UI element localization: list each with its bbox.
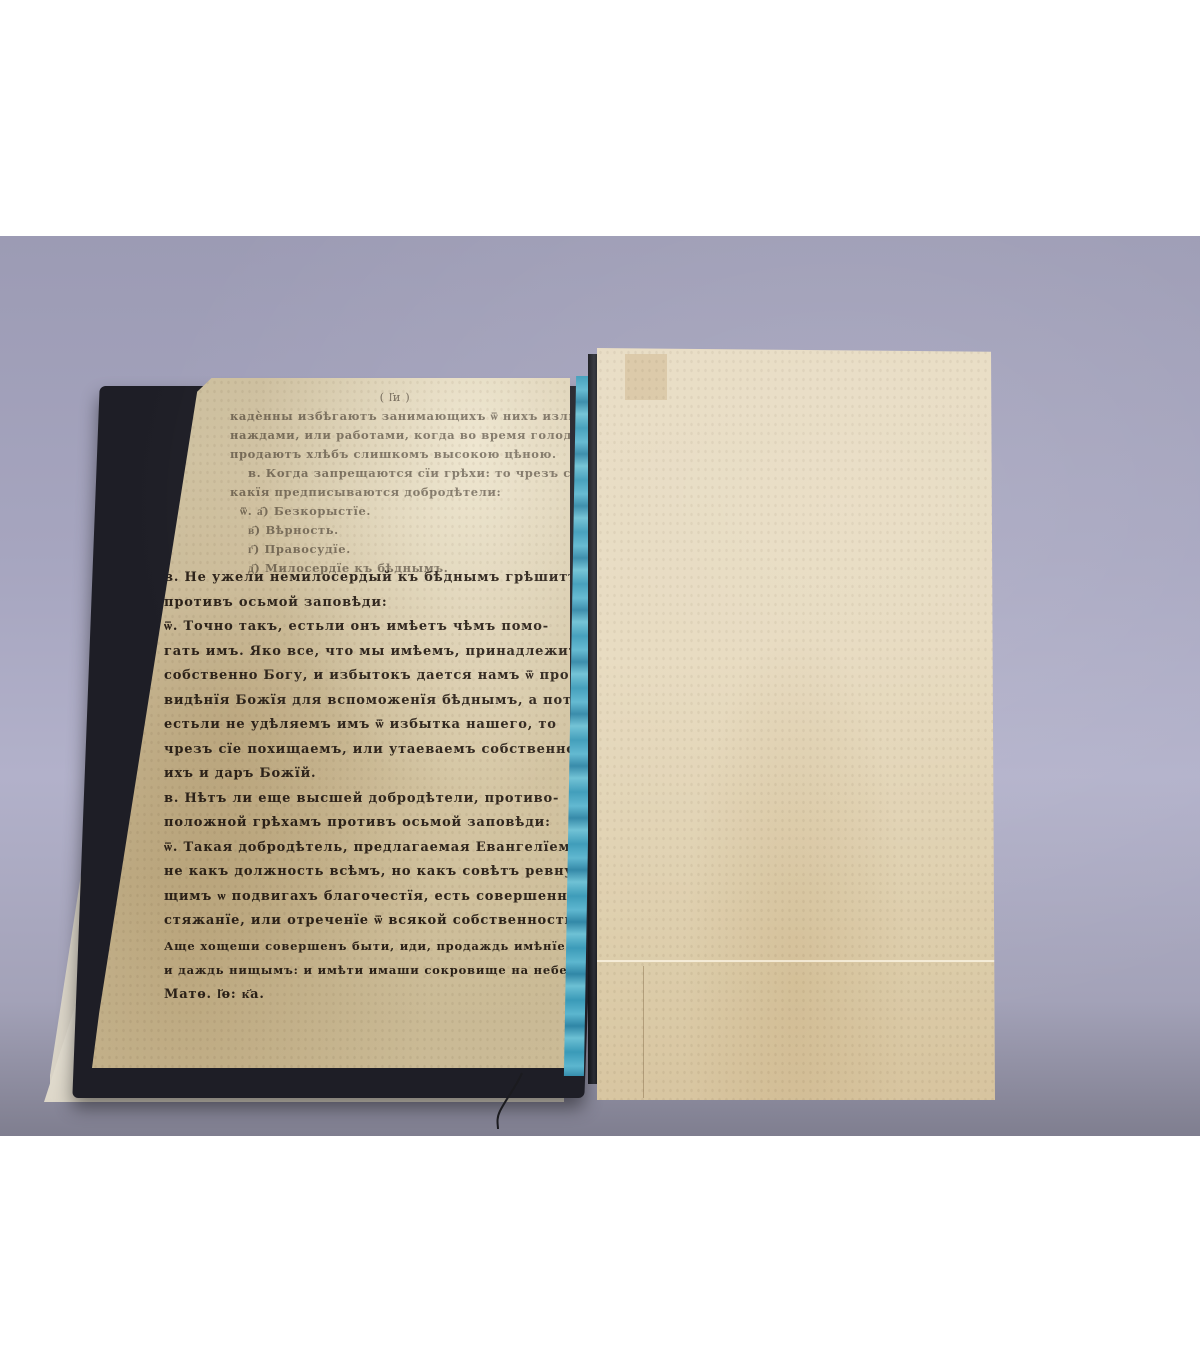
scripture-quote: Аще хощеши совершенъ быти, иди, продаждь… <box>164 934 560 959</box>
text-line: противъ осьмой заповѣди: <box>164 591 560 616</box>
text-line: видѣнїя Божїя для вспоможенїя бѣднымъ, а… <box>164 689 560 714</box>
paper-repair-patch <box>625 354 667 400</box>
page-header-block: ( ӏ҃и ) кадѐнны избѣгаютъ занимающихъ ѿ … <box>230 388 560 578</box>
text-line: в. Не ужели немилосердый къ бѣднымъ грѣш… <box>164 566 560 591</box>
scripture-reference: Матѳ. ӏ҃ѳ: к҃а. <box>164 983 560 1008</box>
paper-crease <box>643 966 648 1098</box>
text-line: щимъ ѡ подвигахъ благочестїя, есть совер… <box>164 885 560 910</box>
paper-fold-line <box>597 960 995 962</box>
text-line: положной грѣхамъ противъ осьмой заповѣди… <box>164 811 560 836</box>
text-line: чрезъ сїе похищаемъ, или утаеваемъ собст… <box>164 738 560 763</box>
virtue-item: в҃) Вѣрность. <box>230 521 560 540</box>
text-line: естьли не удѣляемъ имъ ѿ избытка нашего,… <box>164 713 560 738</box>
page-number: ( ӏ҃и ) <box>230 388 560 407</box>
text-line: ихъ и даръ Божїй. <box>164 762 560 787</box>
text-line: гать имъ. Яко все, что мы имѣемъ, принад… <box>164 640 560 665</box>
text-line: собственно Богу, и избытокъ дается намъ … <box>164 664 560 689</box>
text-line: наждами, или работами, когда во время го… <box>230 426 560 445</box>
right-blank-endpaper <box>597 348 995 1100</box>
text-line: ѿ. Точно такъ, естьли онъ имѣетъ чѣмъ по… <box>164 615 560 640</box>
text-line: стяжанїе, или отреченїе ѿ всякой собстве… <box>164 909 560 934</box>
scripture-quote: и даждь нищымъ: и имѣти имаши сокровище … <box>164 958 560 983</box>
virtue-item: г҃) Правосудїе. <box>230 540 560 559</box>
text-line: продаютъ хлѣбъ слишкомъ высокою цѣною. <box>230 445 560 464</box>
text-line: ѿ. Такая добродѣтель, предлагаемая Еванг… <box>164 836 560 861</box>
text-line: не какъ должность всѣмъ, но какъ совѣтъ … <box>164 860 560 885</box>
question-line: какїя предписываются добродѣтели: <box>230 483 560 502</box>
paper-texture <box>597 348 995 1100</box>
page-body-text: в. Не ужели немилосердый къ бѣднымъ грѣш… <box>164 566 560 1007</box>
virtue-item: ѿ. а҃) Безкорыстїе. <box>230 502 560 521</box>
bookmark-thread-icon <box>492 1071 532 1131</box>
text-line: кадѐнны избѣгаютъ занимающихъ ѿ нихъ изл… <box>230 407 560 426</box>
book-photograph: ( ӏ҃и ) кадѐнны избѣгаютъ занимающихъ ѿ … <box>0 236 1200 1136</box>
text-line: в. Нѣтъ ли еще высшей добродѣтели, проти… <box>164 787 560 812</box>
question-line: в. Когда запрещаются сїи грѣхи: то чрезъ… <box>230 464 560 483</box>
